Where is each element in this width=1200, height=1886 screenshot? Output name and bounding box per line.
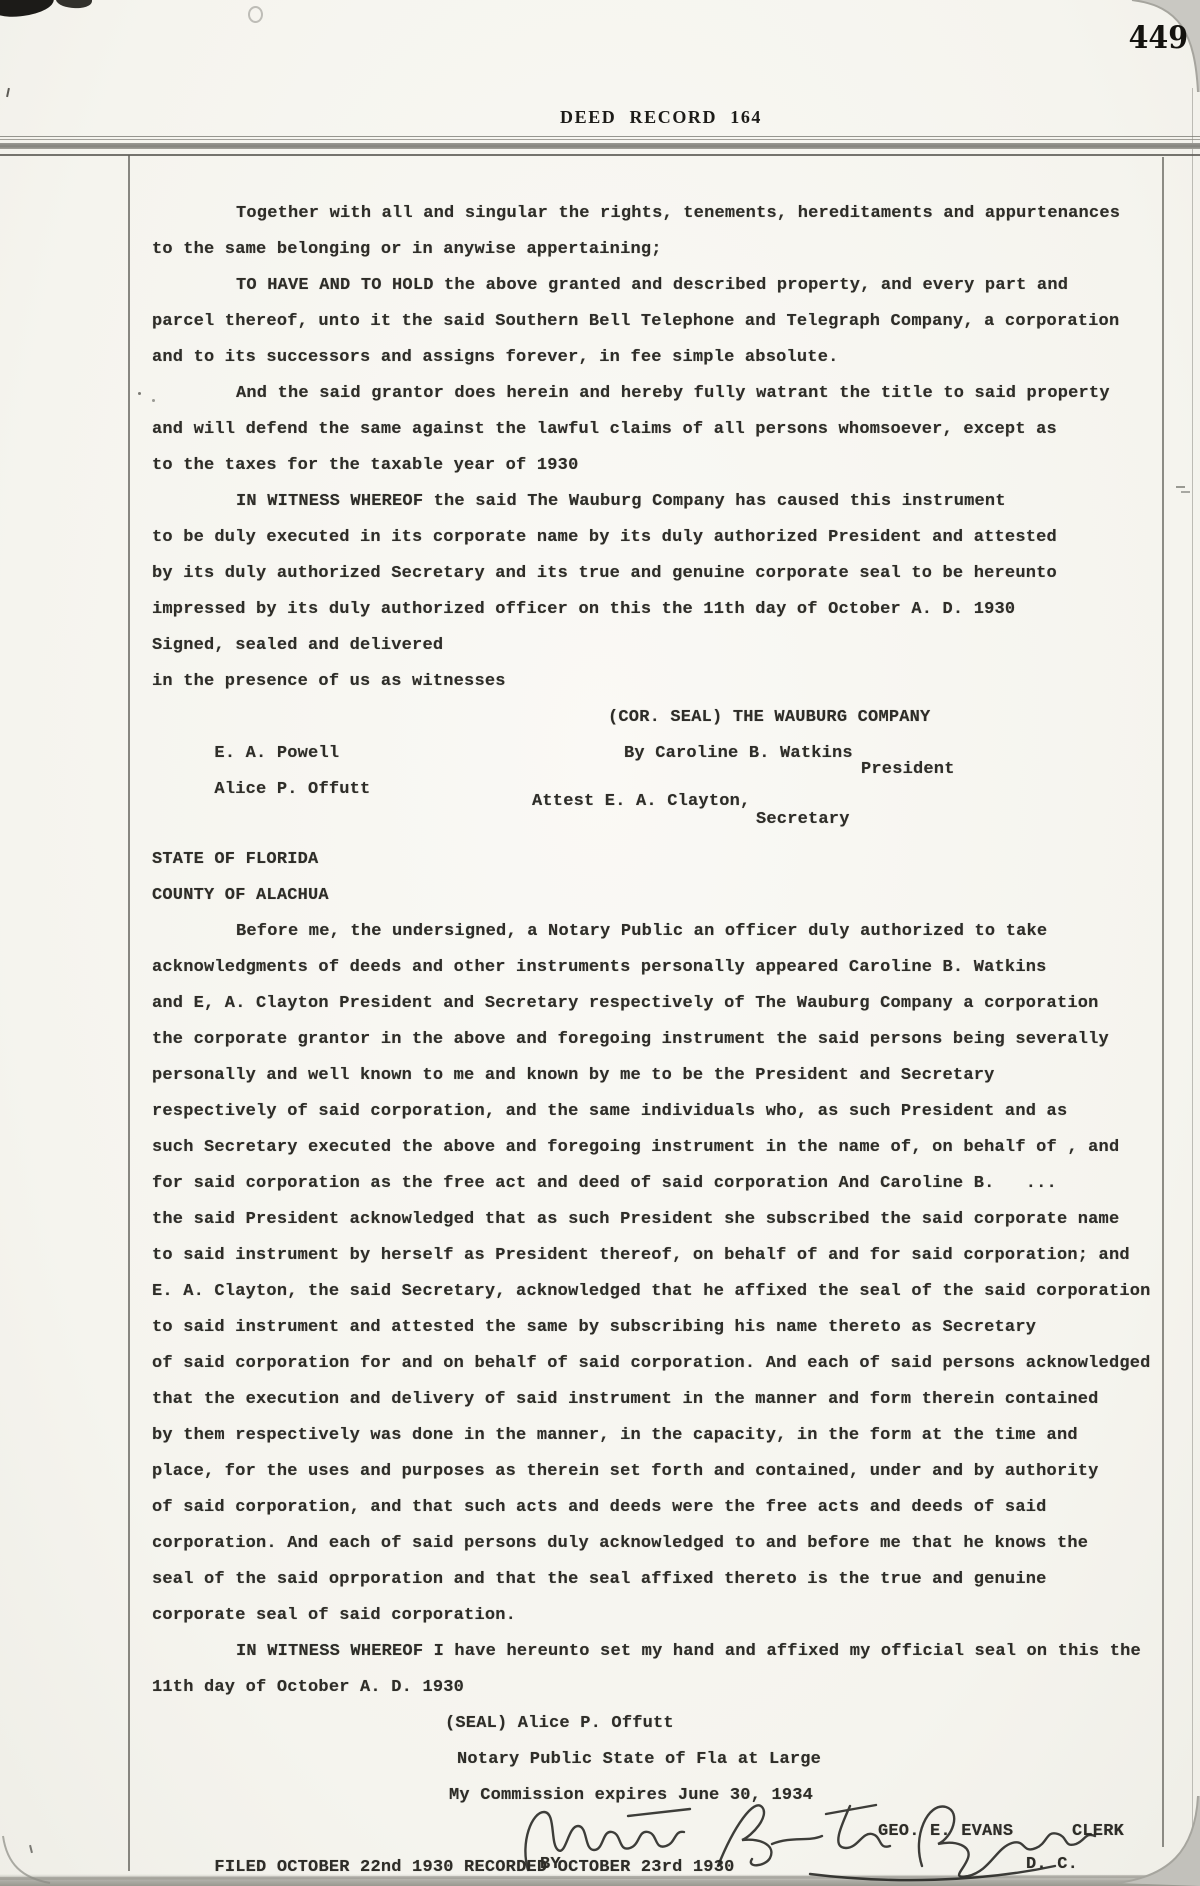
horizontal-rule-thin-2 — [0, 139, 1200, 140]
notary-text-line: for said corporation as the free act and… — [152, 1166, 1200, 1202]
notary-text-line: respectively of said corporation, and th… — [152, 1094, 1200, 1130]
scan-speck — [1181, 491, 1190, 493]
scan-speck — [152, 399, 155, 402]
county-line: COUNTY OF ALACHUA — [152, 878, 1200, 914]
notary-text-line: E. A. Clayton, the said Secretary, ackno… — [152, 1274, 1200, 1310]
deed-text-line: impressed by its duly authorized officer… — [152, 592, 1200, 628]
deed-text-line: to the same belonging or in anywise appe… — [152, 232, 1200, 268]
notary-text-line: the said President acknowledged that as … — [152, 1202, 1200, 1238]
notary-text-line: acknowledgments of deeds and other instr… — [152, 950, 1200, 986]
deed-text-line: and will defend the same against the law… — [152, 412, 1200, 448]
notary-text-line: of said corporation for and on behalf of… — [152, 1346, 1200, 1382]
document-text-column: Together with all and singular the right… — [152, 196, 1200, 1880]
deputy-clerk-signature — [510, 1782, 1110, 1882]
deed-text-line: TO HAVE AND TO HOLD the above granted an… — [152, 268, 1200, 304]
deed-text-line: parcel thereof, unto it the said Souther… — [152, 304, 1200, 340]
notary-text-line: such Secretary executed the above and fo… — [152, 1130, 1200, 1166]
granting-clause-block: Together with all and singular the right… — [152, 196, 1200, 700]
deed-text-line: Signed, sealed and delivered — [152, 628, 1200, 664]
deed-text-line: Together with all and singular the right… — [152, 196, 1200, 232]
notary-text-line: place, for the uses and purposes as ther… — [152, 1454, 1200, 1490]
header-title: DEED RECORD 164 — [560, 107, 762, 128]
secretary-title-line: Secretary — [152, 806, 1200, 834]
left-margin-rule — [128, 155, 130, 1871]
notary-text-line: to said instrument by herself as Preside… — [152, 1238, 1200, 1274]
deed-text-line: in the presence of us as witnesses — [152, 664, 1200, 700]
scan-corner-blob — [0, 0, 55, 20]
ring-smudge-artifact — [248, 6, 263, 23]
horizontal-rule-thin-3 — [0, 154, 1200, 156]
deed-text-line: to be duly executed in its corporate nam… — [152, 520, 1200, 556]
scan-speck — [29, 1845, 33, 1853]
horizontal-rule-thin-1 — [0, 136, 1200, 137]
deed-text-line: And the said grantor does herein and her… — [152, 376, 1200, 412]
scan-speck — [1176, 486, 1185, 488]
notary-text-line: of said corporation, and that such acts … — [152, 1490, 1200, 1526]
scan-corner-blob — [55, 0, 92, 10]
notary-text-line: to said instrument and attested the same… — [152, 1310, 1200, 1346]
notary-seal-line: (SEAL) Alice P. Offutt — [152, 1706, 1200, 1742]
notary-text-line: Before me, the undersigned, a Notary Pub… — [152, 914, 1200, 950]
notary-text-line: that the execution and delivery of said … — [152, 1382, 1200, 1418]
deed-text-line: IN WITNESS WHEREOF the said The Wauburg … — [152, 484, 1200, 520]
horizontal-rule-thick-band — [0, 143, 1200, 149]
notary-text-line: personally and well known to me and know… — [152, 1058, 1200, 1094]
closing-date-line: 11th day of October A. D. 1930 — [152, 1670, 1200, 1706]
notary-title-line: Notary Public State of Fla at Large — [152, 1742, 1200, 1778]
notary-text-line: the corporate grantor in the above and f… — [152, 1022, 1200, 1058]
deed-record-page: 449 DEED RECORD 164 Together with all an… — [0, 0, 1200, 1886]
state-line: STATE OF FLORIDA — [152, 842, 1200, 878]
notary-acknowledgment-block: Before me, the undersigned, a Notary Pub… — [152, 914, 1200, 1634]
deed-text-line: and to its successors and assigns foreve… — [152, 340, 1200, 376]
scan-speck — [6, 88, 10, 97]
notary-text-line: by them respectively was done in the man… — [152, 1418, 1200, 1454]
corporate-seal-line: (COR. SEAL) THE WAUBURG COMPANY — [608, 700, 930, 736]
notary-text-line: seal of the said oprporation and that th… — [152, 1562, 1200, 1598]
closing-witness-whereof-line: IN WITNESS WHEREOF I have hereunto set m… — [152, 1634, 1200, 1670]
notary-text-line: and E, A. Clayton President and Secretar… — [152, 986, 1200, 1022]
notary-text-line: corporation. And each of said persons du… — [152, 1526, 1200, 1562]
witness-row: E. A. Powell (COR. SEAL) THE WAUBURG COM… — [152, 700, 1200, 736]
deed-text-line: by its duly authorized Secretary and its… — [152, 556, 1200, 592]
scan-speck — [138, 392, 141, 395]
page-number: 449 — [1129, 20, 1189, 56]
notary-text-line: corporate seal of said corporation. — [152, 1598, 1200, 1634]
deed-text-line: to the taxes for the taxable year of 193… — [152, 448, 1200, 484]
president-title-line: President — [152, 756, 1200, 784]
